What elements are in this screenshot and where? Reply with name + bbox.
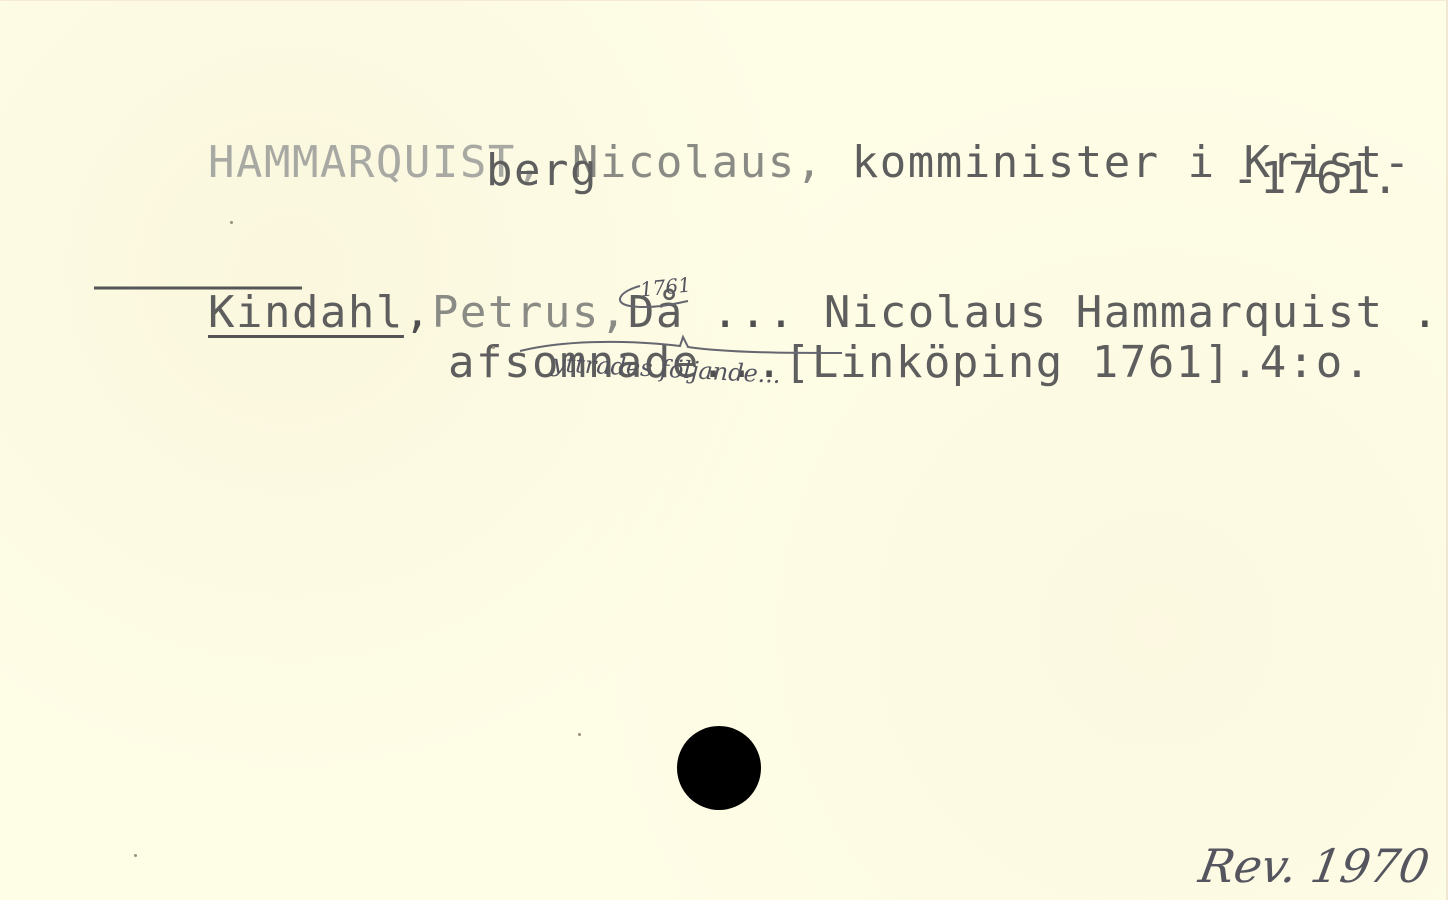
- heading-dates: -1761.: [1232, 157, 1400, 201]
- heading-continuation: berg: [486, 149, 598, 193]
- heading-line-1: HAMMARQUIST, Nicolaus, komminister i Kri…: [96, 97, 1412, 229]
- entry-ellipsis-2: ...: [1412, 287, 1448, 338]
- paper-speck: [492, 346, 495, 349]
- inserted-year: 1761: [639, 274, 692, 299]
- heading-forename: Nicolaus,: [572, 137, 824, 188]
- entry-format: 4:o.: [1260, 337, 1372, 388]
- paper-speck: [134, 854, 137, 857]
- catalog-card: HAMMARQUIST, Nicolaus, komminister i Kri…: [0, 0, 1448, 900]
- entry-imprint: [Linköping 1761].: [784, 337, 1260, 388]
- entry-line-2: afsomnade...[Linköping 1761].4:o.: [336, 297, 1372, 429]
- revision-note: Rev. 1970: [1196, 843, 1433, 889]
- paper-speck: [578, 733, 581, 736]
- paper-speck: [230, 221, 233, 224]
- punch-hole-icon: [677, 726, 761, 810]
